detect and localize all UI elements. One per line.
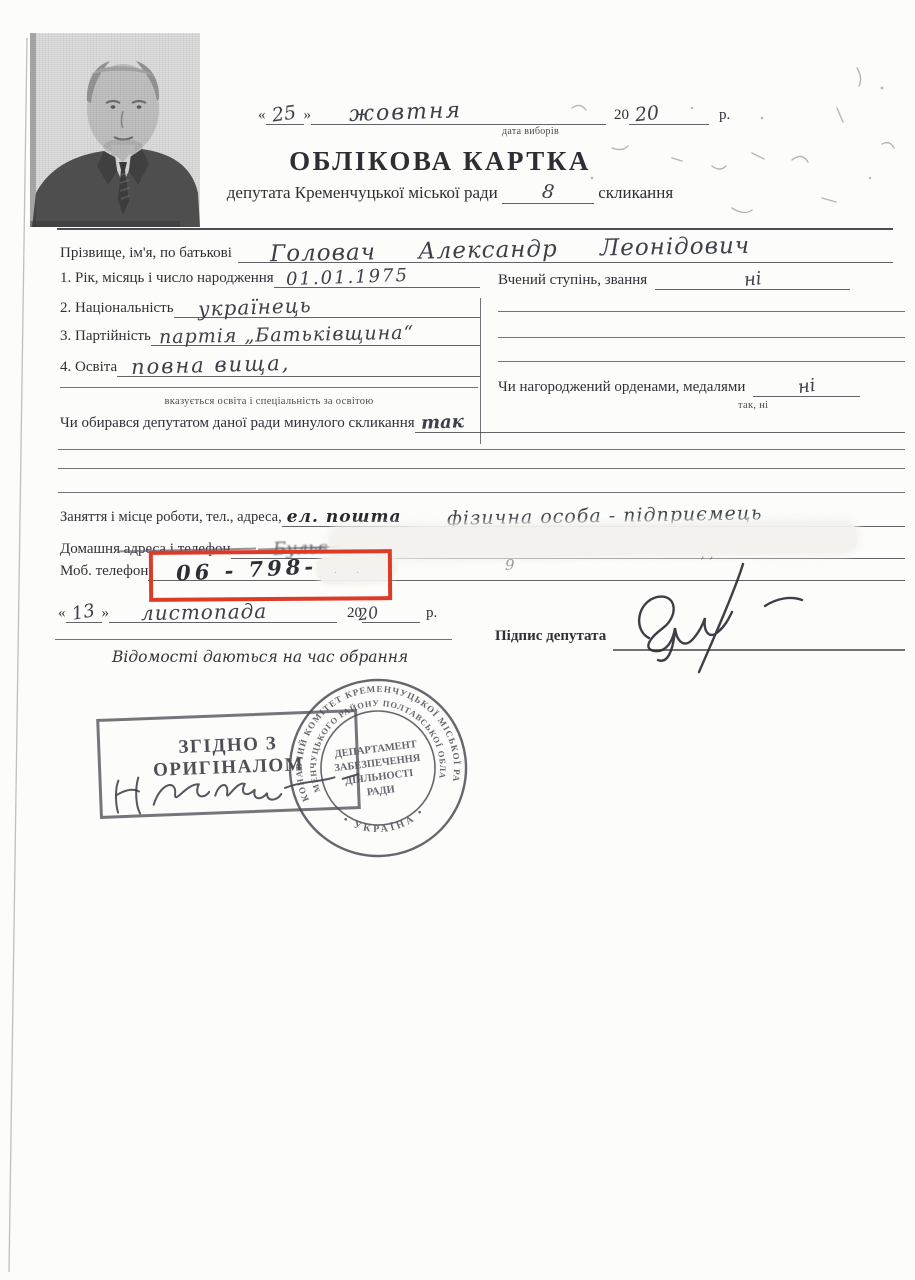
academic-degree-label: Вчений ступінь, звання bbox=[498, 272, 647, 290]
ruled-line bbox=[58, 449, 905, 450]
seal-bottom-arc-text: • УКРАЇНА • bbox=[340, 805, 430, 840]
occupation-email-handwritten: ел. пошта bbox=[287, 509, 402, 526]
ruled-line bbox=[498, 337, 905, 338]
nationality-label: 2. Національність bbox=[60, 300, 174, 318]
education-value: повна вища, bbox=[131, 353, 291, 378]
birth-date-row: 1. Рік, місяць і число народження 01.01.… bbox=[60, 264, 480, 288]
year-suffix: р. bbox=[719, 107, 730, 125]
redaction-blur-patch bbox=[330, 521, 857, 559]
date-caption: дата виборів bbox=[502, 126, 559, 137]
fill-month-handwritten: листопада bbox=[141, 601, 268, 623]
previously-elected-value: так bbox=[420, 413, 463, 432]
election-year-handwritten: 20 bbox=[634, 104, 660, 125]
convocation-handwritten: 8 bbox=[541, 182, 555, 202]
faint-mark: 9 bbox=[505, 558, 515, 573]
education-row: 4. Освіта повна вища, bbox=[60, 349, 480, 377]
occupation-label: Заняття і місце роботи, тел., адреса, bbox=[60, 509, 282, 527]
subtitle-prefix: депутата Кременчуцької міської ради bbox=[227, 183, 498, 202]
party-label: 3. Партійність bbox=[60, 328, 151, 346]
quote-close: » bbox=[102, 605, 110, 623]
signature-label: Підпис депутата bbox=[495, 628, 606, 645]
faint-mark: ’ ’ bbox=[700, 556, 713, 570]
svg-text:• УКРАЇНА •: • УКРАЇНА • bbox=[340, 805, 430, 840]
election-date-row: « 25 » жовтня 20 20 р. дата виборів bbox=[258, 95, 730, 125]
election-day-handwritten: 25 bbox=[271, 103, 298, 125]
academic-degree-row: Вчений ступінь, звання ні bbox=[498, 266, 905, 290]
previously-elected-row: Чи обирався депутатом даної ради минулог… bbox=[60, 412, 905, 433]
previously-elected-label: Чи обирався депутатом даної ради минулог… bbox=[60, 415, 415, 433]
ruled-line bbox=[498, 311, 905, 312]
birth-date-label: 1. Рік, місяць і число народження bbox=[60, 270, 274, 288]
ruled-line bbox=[58, 492, 905, 493]
subtitle-suffix: скликання bbox=[598, 183, 673, 202]
party-row: 3. Партійність партія „Батьківщина“ bbox=[60, 321, 480, 346]
ruled-line bbox=[60, 387, 478, 388]
footer-note: Відомості даються на час обрання bbox=[112, 650, 408, 666]
form-subtitle: депутата Кременчуцької міської ради 8 ск… bbox=[120, 183, 780, 204]
mobile-phone-label: Моб. телефон bbox=[60, 563, 148, 581]
ruled-line bbox=[55, 639, 452, 640]
scanned-form-page: « 25 » жовтня 20 20 р. дата виборів ОБЛІ… bbox=[0, 0, 915, 1280]
nationality-row: 2. Національність українець bbox=[60, 293, 480, 318]
party-value: партія „Батьківщина“ bbox=[159, 324, 415, 347]
fill-day-handwritten: 13 bbox=[71, 602, 97, 624]
fill-year-handwritten: 20 bbox=[357, 605, 379, 624]
ruled-line bbox=[498, 361, 905, 362]
awards-value: ні bbox=[797, 377, 817, 397]
ruled-line bbox=[57, 228, 893, 230]
ruled-line bbox=[58, 468, 905, 469]
year-suffix: р. bbox=[426, 605, 437, 623]
year-prefix: 20 bbox=[614, 107, 629, 125]
round-seal-stamp: ВИКОНАВЧИЙ КОМІТЕТ КРЕМЕНЧУЦЬКОЇ МІСЬКОЇ… bbox=[275, 665, 480, 870]
quote-open: « bbox=[58, 605, 66, 623]
nationality-value: українець bbox=[197, 295, 311, 319]
full-name-value: Головач Александр Леонідович bbox=[270, 235, 750, 266]
seal-center-line-4: РАДИ bbox=[366, 784, 395, 798]
quote-close: » bbox=[304, 107, 312, 125]
redaction-red-box bbox=[149, 549, 392, 602]
election-month-handwritten: жовтня bbox=[349, 100, 463, 126]
academic-degree-value: ні bbox=[743, 270, 762, 290]
awards-label: Чи нагороджений орденами, медалями bbox=[498, 379, 745, 397]
full-name-label: Прізвище, ім'я, по батькові bbox=[60, 245, 232, 263]
awards-row: Чи нагороджений орденами, медалями ні bbox=[498, 373, 905, 397]
full-name-row: Прізвище, ім'я, по батькові Головач Алек… bbox=[60, 233, 893, 263]
birth-date-value: 01.01.1975 bbox=[285, 267, 409, 289]
awards-hint: так, ні bbox=[738, 400, 768, 411]
quote-open: « bbox=[258, 107, 266, 125]
deputy-signature bbox=[615, 562, 815, 674]
education-note: вказується освіта і спеціальність за осв… bbox=[60, 396, 478, 407]
form-title: ОБЛІКОВА КАРТКА bbox=[180, 146, 700, 177]
education-label: 4. Освіта bbox=[60, 359, 117, 377]
